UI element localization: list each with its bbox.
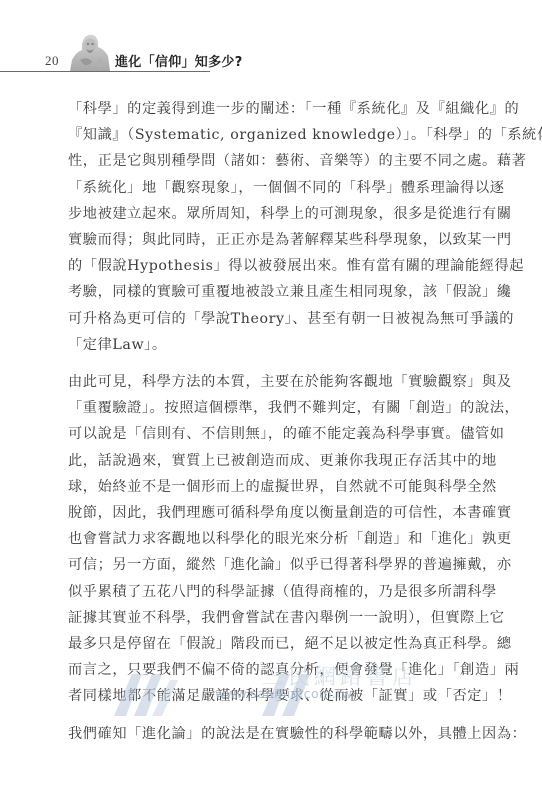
text-line: 最多只是停留在「假說」階段而已，絕不足以被定性為真正科學。總 <box>68 631 480 657</box>
gorilla-illustration-icon <box>68 32 112 71</box>
text-line: 「定律Law」。 <box>68 332 480 358</box>
text-line: 似乎累積了五花八門的科學証據（值得商榷的，乃是很多所謂科學 <box>68 579 480 605</box>
text-line: 步地被建立起來。眾所周知，科學上的可測現象，很多是從進行有關 <box>68 201 480 227</box>
text-line: 實驗而得；與此同時，正正亦是為著解釋某些科學現象，以致某一門 <box>68 227 480 253</box>
text-line: 也會嘗試力求客觀地以科學化的眼光來分析「創造」和「進化」孰更 <box>68 526 480 552</box>
paragraph-scientific-method: 由此可見，科學方法的本質，主要在於能夠客觀地「實驗觀察」與及 「重覆驗證」。按照… <box>68 369 480 710</box>
text-line: 脫節，因此，我們理應可循科學角度以衡量創造的可信性，本書確實 <box>68 500 480 526</box>
book-title: 進化「信仰」知多少? <box>115 51 243 70</box>
text-line: 「系統化」地「觀察現象」，一個個不同的「科學」體系理論得以逐 <box>68 175 480 201</box>
paragraph-science-definition: 「科學」的定義得到進一步的闡述：「一種『系統化』及『組織化』的 『知識』（Sys… <box>68 96 480 358</box>
text-line: 我們確知「進化論」的說法是在實驗性的科學範疇以外，具體上因為： <box>68 721 480 747</box>
paragraph-evolution-outside-science: 我們確知「進化論」的說法是在實驗性的科學範疇以外，具體上因為： <box>68 721 480 747</box>
text-line: 球，始終並不是一個形而上的虛擬世界，自然就不可能與科學全然 <box>68 474 480 500</box>
watermark-url: www.sanmin.com.tw <box>215 686 352 701</box>
text-line: 考驗，同樣的實驗可重覆地被設立兼且產生相同現象，該「假說」纔 <box>68 279 480 305</box>
body-text: 「科學」的定義得到進一步的闡述：「一種『系統化』及『組織化』的 『知識』（Sys… <box>68 96 480 747</box>
text-line: 「重覆驗證」。按照這個標準，我們不難判定，有關「創造」的說法， <box>68 395 480 421</box>
running-header: 20 進化「信仰」知多少? <box>0 28 215 72</box>
text-line: 此，話說過來，實質上已被創造而成、更兼你我現正存活其中的地 <box>68 448 480 474</box>
header-rule <box>0 71 210 72</box>
text-line: 由此可見，科學方法的本質，主要在於能夠客觀地「實驗觀察」與及 <box>68 369 480 395</box>
page-number: 20 <box>45 53 59 69</box>
text-line: 的「假說Hypothesis」得以被發展出來。惟有當有關的理論能經得起 <box>68 253 480 279</box>
text-line: 証據其實並不科學，我們會嘗試在書內舉例一一說明），但實際上它 <box>68 605 480 631</box>
text-line: 可以說是「信則有、不信則無」，的確不能定義為科學事實。儘管如 <box>68 421 480 447</box>
text-line: 『知識』（Systematic, organized knowledge）」。「… <box>68 122 480 148</box>
text-line: 可升格為更可信的「學說Theory」、甚至有朝一日被視為無可爭議的 <box>68 306 480 332</box>
text-line: 性，正是它與別種學問（諸如：藝術、音樂等）的主要不同之處。藉著 <box>68 148 480 174</box>
text-line: 「科學」的定義得到進一步的闡述：「一種『系統化』及『組織化』的 <box>68 96 480 122</box>
text-line: 可信；另一方面，縱然「進化論」似乎已得著科學界的普遍擁戴，亦 <box>68 552 480 578</box>
